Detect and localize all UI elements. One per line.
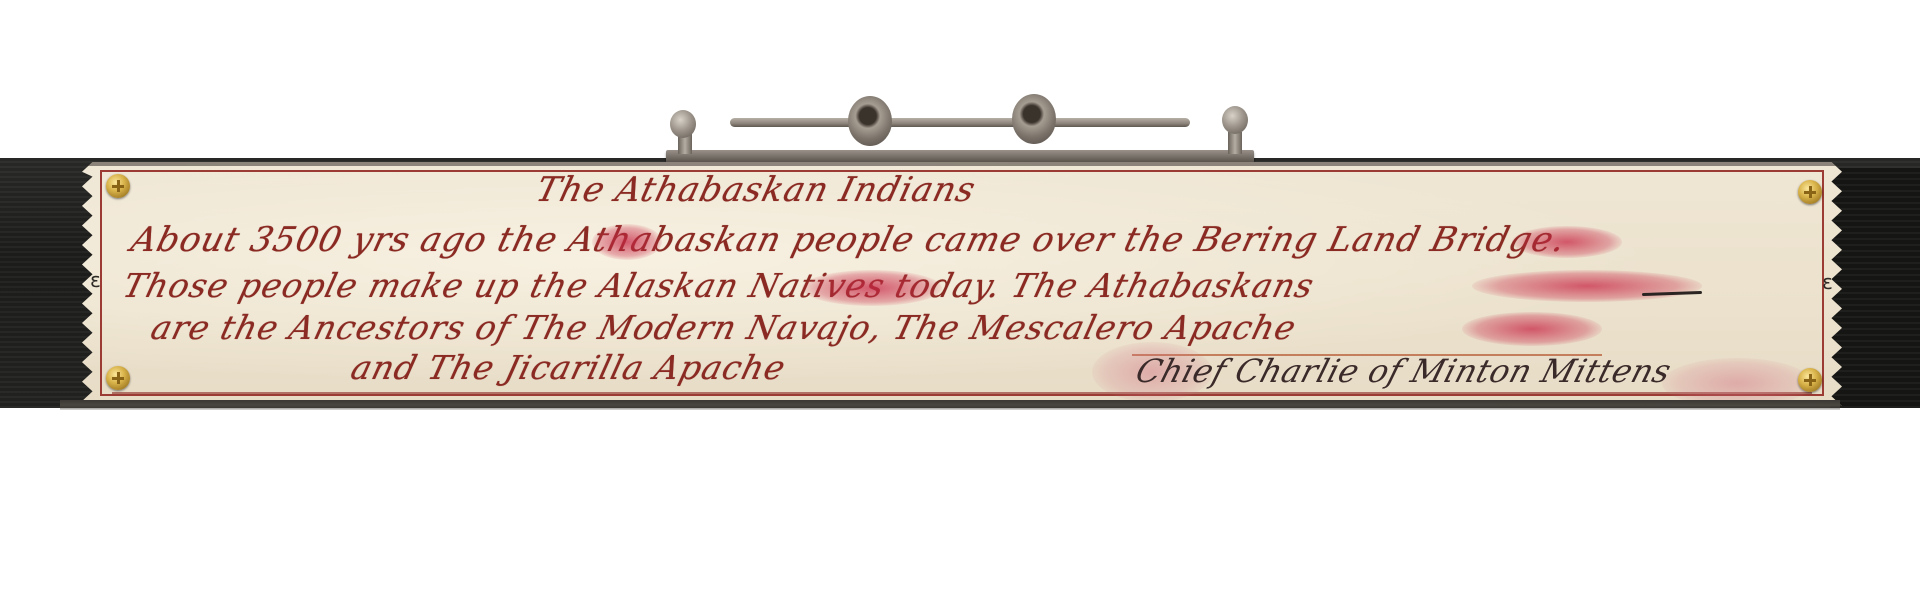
ruled-line-bottom (112, 392, 1812, 394)
metal-handle (660, 92, 1260, 167)
paper-label: The Athabaskan Indians About 3500 yrs ag… (82, 162, 1842, 406)
pencil-tick-left: ɛ (90, 270, 101, 290)
handle-base-plate (666, 150, 1254, 164)
handle-bar (730, 118, 1190, 127)
screw-top-left (106, 174, 130, 198)
pencil-tick-right: ɛ (1822, 272, 1833, 292)
handle-hinge-right (1012, 94, 1056, 144)
label-line-3: are the Ancestors of The Modern Navajo, … (147, 308, 1301, 347)
signature: Chief Charlie of Minton Mittens (1132, 352, 1676, 390)
photo-scene: The Athabaskan Indians About 3500 yrs ag… (0, 0, 1920, 598)
handle-knob-left (670, 110, 696, 138)
board-bottom-edge (60, 400, 1840, 410)
label-title: The Athabaskan Indians (532, 170, 980, 210)
label-line-1: About 3500 yrs ago the Athabaskan people… (127, 220, 1570, 260)
label-line-4: and The Jicarilla Apache (347, 348, 790, 387)
handle-hinge-left (848, 96, 892, 146)
screw-top-right (1798, 180, 1822, 204)
screw-bottom-left (106, 366, 130, 390)
label-line-2: Those people make up the Alaskan Natives… (119, 266, 1318, 305)
handle-knob-right (1222, 106, 1248, 134)
board-right-end (1830, 168, 1920, 408)
handle-post-right (1228, 132, 1242, 154)
label-top-edge (82, 162, 1842, 166)
screw-bottom-right (1798, 368, 1822, 392)
